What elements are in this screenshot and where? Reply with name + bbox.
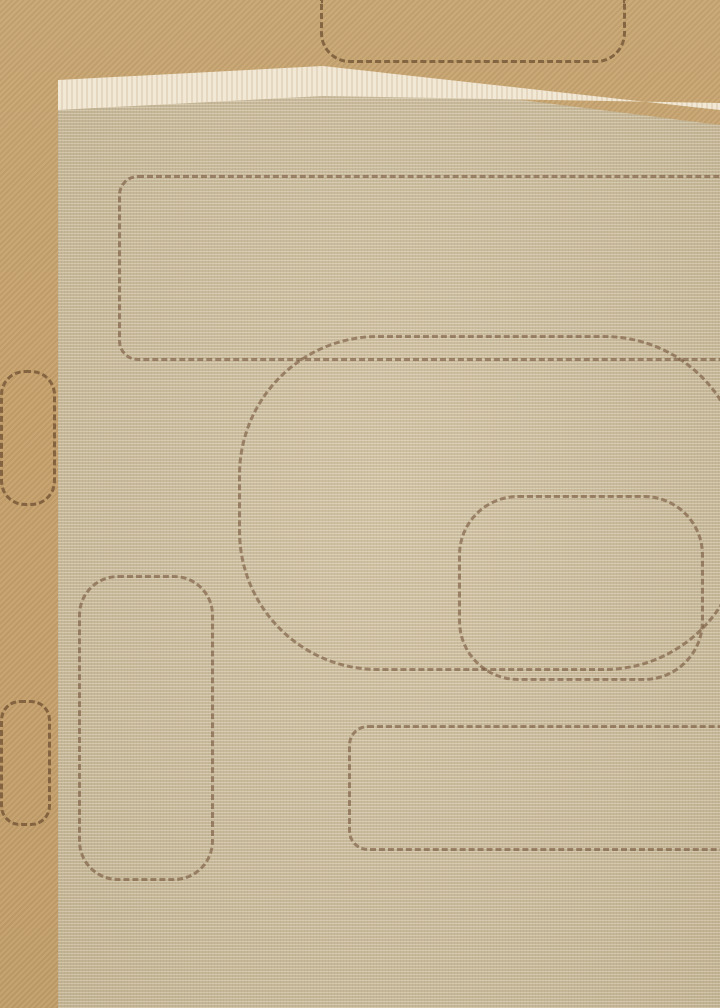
front-motif <box>0 700 51 826</box>
back-motif <box>348 725 720 851</box>
back-motif <box>78 575 214 881</box>
rug-photo <box>0 0 720 1008</box>
back-motif <box>118 175 720 361</box>
back-motif <box>458 495 704 681</box>
rug-back-side <box>58 75 720 1008</box>
front-motif <box>0 370 56 506</box>
front-motif <box>320 0 626 63</box>
